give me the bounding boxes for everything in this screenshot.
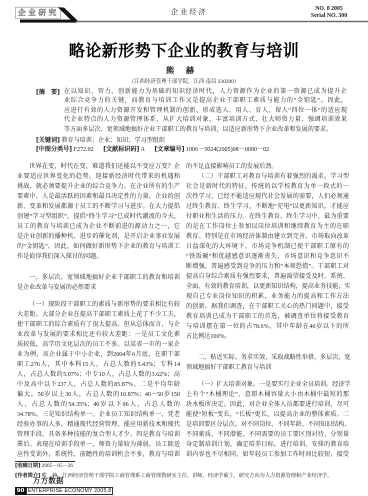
author-bio-text: 熊 赫，江西经济管理干部学院工商管理系工商管理教研室主任，讲师，经济学硕士，研究… — [42, 473, 333, 479]
doc-code-value: A — [141, 147, 145, 153]
abstract-line: 业综合竞争力的关键，而教育与培训工作又是提高企业干部职工素质与能力的“金钥匙”。… — [64, 97, 347, 106]
text-line: 身定制培训计划，确定培养目标，进行培训。安排的教育培 — [186, 440, 349, 450]
abstract-line: 代企业特点的人力资源管理体系，从扩大培训对象、丰富培训方式、壮大师资力量、强调培… — [64, 116, 347, 125]
text-line: 挑战，就必须要提升企业的综合竞争力。在企业所有的生产 — [17, 182, 180, 192]
keywords-label: [关键词] — [36, 137, 60, 144]
text-line: 不同素质、不同潜能、不同需要的员工要区别对待，分别量 — [186, 430, 349, 440]
text-line: 人，占总人数的54.35%；40岁以下96人，占总人数的 — [17, 400, 180, 410]
section-tag-wedge — [58, 8, 78, 22]
text-line: 职工276人，其中本科15人，占总人数的5.43%；专科14 — [17, 360, 180, 370]
text-line: 能使“短板”变长，“长板”更长，以提高企业的整体素质。二 — [186, 410, 349, 420]
text-line: （二）干部职工对教育与培训有着强烈的渴求。学习型 — [186, 172, 349, 182]
text-line: 创建“学习型组织”，提倡“终生学习”已成时代潮流的今天， — [17, 212, 180, 222]
text-line: 使干部职工的综合素质有了很大提高。但从总体而言，与企 — [17, 320, 180, 330]
received-date: [收稿日期] 2005－05－26 — [15, 463, 73, 470]
text-line: 作是值得我们深入探讨的问题。 — [17, 252, 180, 262]
text-line: 提高自身综合素质有强烈要求，普遍渴望接受及时、系统、 — [186, 272, 349, 282]
section-label: 企业研究 — [18, 7, 59, 19]
text-line: 块木板所决定。因此，对企业全体人员都要进行培训，尽可 — [186, 400, 349, 410]
abstract-line: 应进行有效的人力资源开发和管理机制的创新，形成选人、用人、育人、留人“四位一体”… — [64, 107, 347, 116]
text-line: 滞后。表现在培训手段单一，师资力量较为薄弱。员工除适 — [17, 440, 180, 450]
text-line: 人，占总人数的5.07%；中专10人，占总人数的3.62%；高 — [17, 370, 180, 380]
text-line: 教育培训已成为干部职工的首选，被调查单位将接受教育 — [186, 312, 349, 322]
abstract-line: 在以知识、智力、创新能力为基础的知识经济时代，人力资源作为企业的第一资源已成为提… — [64, 88, 347, 97]
issue-info: NO. 8 2005 Serial NO. 300 — [304, 6, 354, 20]
heading-line: 领域地搞好干部职工教育与培训 — [186, 363, 349, 373]
text-line: 经验办事的人多，精通现代经营管理、能应用新技术和现代 — [17, 420, 180, 430]
keywords-value: 教育与培训；企业；知识；学习型组织 — [61, 138, 165, 144]
text-line: 34.78%。三是知识结构单一。企业员工知识结构单一，凭老 — [17, 410, 180, 420]
text-line: 的“金钥匙”。因此，如何做好新形势下企业的教育与培训工 — [17, 242, 180, 252]
author-affiliation: （江西经济管理干部学院，江西 南昌 330200） — [0, 79, 368, 86]
watermark: 万方数据 — [33, 477, 64, 485]
received-value: 2005－05－26 — [42, 463, 73, 469]
page-number: 90 — [15, 487, 26, 495]
text-line: 偏大。50岁以上30人，占总人数的10.87%；40－50岁150 — [17, 390, 180, 400]
text-line: （一）现阶段干部职工的素质与新形势的要求相比有较 — [17, 300, 180, 310]
abstract-line: 等方面多层次、宽领域地搞好企业干部职工的教育与培训，以适应新形势下企业改革和发展… — [64, 126, 347, 135]
text-line: “铁饭碗”和优越感意识逐渐丧失，市场意识和竞争意识不 — [186, 252, 349, 262]
text-line: 管理手段、具备多种技能的复合型人才少。四是教育与培训 — [17, 430, 180, 440]
section-tag-bar — [20, 20, 77, 23]
issue-number: NO. 8 2005 — [304, 6, 354, 13]
heading-line: 是企业改革与发展的必然要求 — [17, 283, 180, 293]
text-line: 世界在变，时代在变，难道我们还能以不变应万变？企 — [17, 162, 180, 172]
paragraph-intro: 世界在变，时代在变，难道我们还能以不变应万变？企 业要适应世界变化的趋势，迎接新… — [17, 162, 180, 262]
body-right-column: 的不足直接影响员工的发展后劲。 （二）干部职工对教育与培训有着强烈的渴求。学习型… — [186, 162, 349, 460]
article-no-value: 1006－5024(2005)08－0090－02 — [186, 147, 269, 153]
text-line: 次性学习，已经不能适应现代社会发展的需要，人们必须通 — [186, 192, 349, 202]
text-line: 业要适应世界变化的趋势，迎接新经济时代带来的机遇和 — [17, 172, 180, 182]
text-line: 付职业和生活的压力。在终生教育、终生学习中，最为重要 — [186, 212, 349, 222]
received-label: [收稿日期] — [15, 463, 41, 469]
paragraph-section-1-1: （一）现阶段干部职工的素质与新形势的要求相比有较 大差距。大部分企业在提高干部职… — [17, 300, 180, 460]
text-line: 现自己专业岗位知识的积累、业务能力的提高和工作方法 — [186, 292, 349, 302]
text-line: 训内容也不尽相同，如年轻员工参加工作时间比较短，接受 — [186, 450, 349, 460]
text-line: （一）扩大培训对象。一是要实行企业全员培训。经济学 — [186, 380, 349, 390]
text-line: 大差距。大部分企业在提高干部职工素质上花了不少工夫， — [17, 310, 180, 320]
text-line: 教育。特别是在市场经济体制由建立到完善、市场取向改革 — [186, 232, 349, 242]
clc-value: F272.92 — [74, 147, 94, 153]
text-line: 断增强，普遍感受到竞争的压力和“本领恐慌”。干部职工对 — [186, 262, 349, 272]
text-line: 日益深化的大环境下，市场竞争机制已使干部职工原有的 — [186, 242, 349, 252]
text-line: 上有个“木桶理论”，意即木桶容量大小由木桶中最短的那 — [186, 390, 349, 400]
text-line: 全面、有效的教育培训，以更新知识结构，提高业务技能，实 — [186, 282, 349, 292]
section-heading-1: 一、多层次、宽领域地搞好企业干部职工的教育和培训 是企业改革与发展的必然要求 — [17, 273, 180, 293]
article-title: 略论新形势下企业的教育与培训 — [0, 41, 368, 61]
text-line: 业改革与发展的要求相比还有较大差距：一是员工文化素 — [17, 330, 180, 340]
paragraph-section-2-1: （一）扩大培训对象。一是要实行企业全员培训。经济学 上有个“木桶理论”，意即木桶… — [186, 380, 349, 460]
classification-line: [中图分类号] F272.92 [文献标识码] A [文章编号] 1006－50… — [36, 145, 269, 155]
text-line: 社会是新时代的特征，传统的以学校教育为单一段式的一 — [186, 182, 349, 192]
abstract-label: [摘 要] — [36, 88, 60, 97]
article-author: 熊 赫 — [0, 66, 362, 76]
journal-name: 企业经济 — [171, 8, 208, 17]
text-line: 过终生教育、终生学习，不断地“充电”以更新知识，才能应 — [186, 202, 349, 212]
text-line: 新、变革和发展都源于员工的不断学习与进步。在大力提倡 — [17, 202, 180, 212]
text-line: 与培训摆在第一位的占78.6%，其中年龄在40岁以下的所 — [186, 322, 349, 332]
doc-code-label: [文献标识码] — [103, 146, 139, 153]
paragraph-continuation: 的不足直接影响员工的发展后劲。 — [186, 162, 349, 172]
section-heading-2: 二、贴近实际、务求实效，采取战略性举措，多层次、宽 领域地搞好干部职工教育与培训 — [186, 353, 349, 373]
text-line: 中及高中以下237人，占总人数的85.87%。二是平均年龄 — [17, 380, 180, 390]
heading-line: 一、多层次、宽领域地搞好企业干部职工的教育和培训 — [17, 273, 180, 283]
text-line: 的不足直接影响员工的发展后劲。 — [186, 162, 349, 172]
serial-number: Serial NO. 300 — [304, 13, 354, 20]
clc-label: [中图分类号] — [36, 146, 72, 153]
text-line: 占比例达100%。 — [186, 332, 349, 342]
text-line: 应性受训外，系统性、前瞻性的培训机会不多，教育与培训 — [17, 450, 180, 460]
text-line: 业为例，该企业属于中小企业，到2004年6月底，在职干部 — [17, 350, 180, 360]
paragraph-section-1-2: （二）干部职工对教育与培训有着强烈的渴求。学习型 社会是新时代的特征，传统的以学… — [186, 172, 349, 342]
heading-line: 二、贴近实际、务求实效，采取战略性举措，多层次、宽 — [186, 353, 349, 363]
text-line: 是培训要区分层次。对不同岗位、不同年龄、不同知识结构、 — [186, 420, 349, 430]
text-line: 员工的教育与培训已成为企业不断前进的源动力之一，它 — [17, 222, 180, 232]
header-rule-line — [76, 21, 368, 22]
text-line: 质较低，高学历文化层次的员工不多。以某省一市的一家企 — [17, 340, 180, 350]
abstract-text: 在以知识、智力、创新能力为基础的知识经济时代，人力资源作为企业的第一资源已成为提… — [64, 88, 347, 135]
text-line: 的创新。据我们调查，在干部职工关心的热门问题中，接受 — [186, 302, 349, 312]
text-line: 是企业创新的播种机、进步的催化剂，是开启企业事业发展 — [17, 232, 180, 242]
body-left-column: 世界在变，时代在变，难道我们还能以不变应万变？企 业要适应世界变化的趋势，迎接新… — [17, 162, 180, 460]
footer-journal: ENTERPRISE ECONOMY 2005.8 — [26, 487, 113, 496]
text-line: 的是在工作岗位上参加以岗位培训和继续教育为主的在职 — [186, 222, 349, 232]
text-line: 要素中，人是最活跃的因素和最具决定性的力量，企业的创 — [17, 192, 180, 202]
article-no-label: [文章编号] — [154, 146, 184, 153]
